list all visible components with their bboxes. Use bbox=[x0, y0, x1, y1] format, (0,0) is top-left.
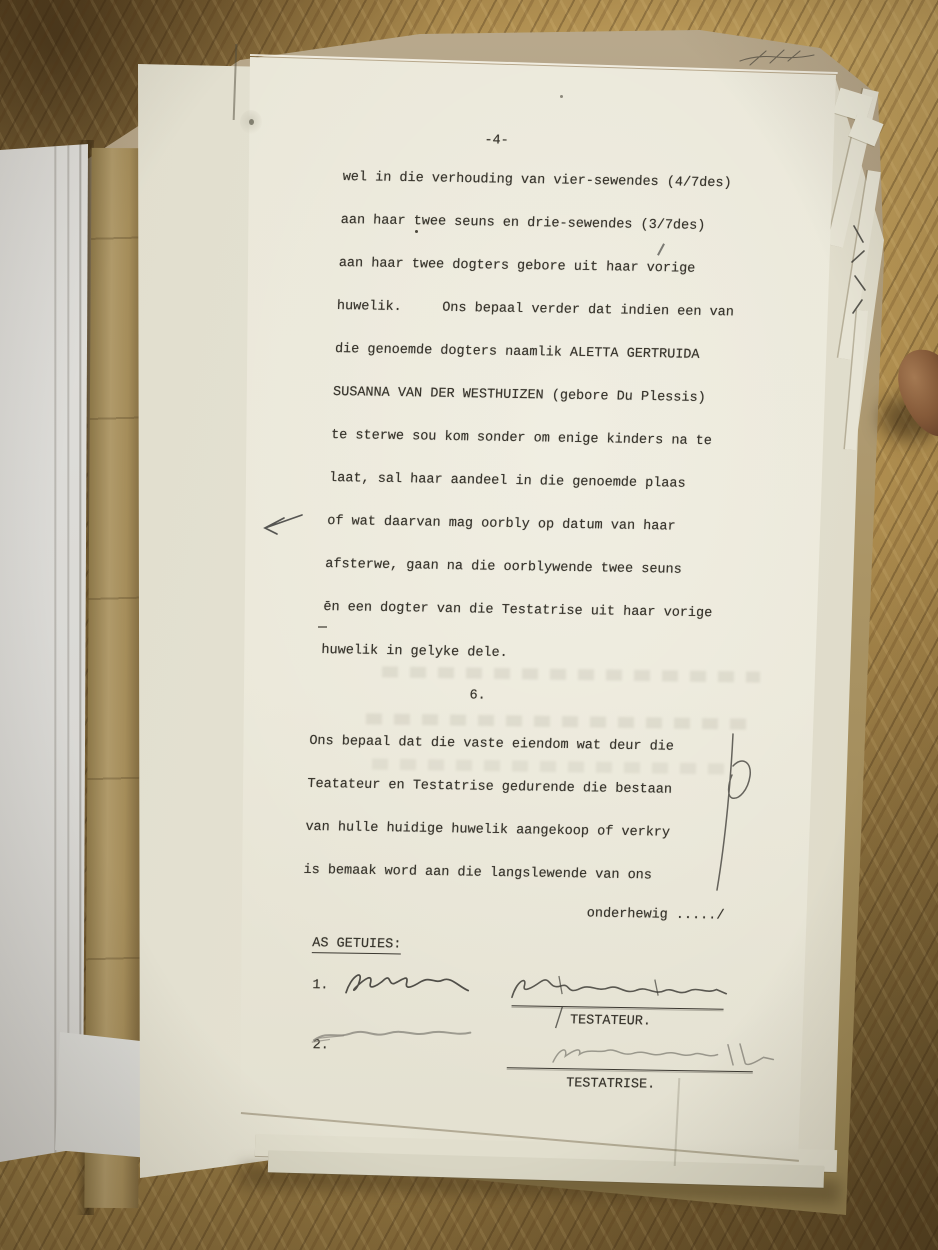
body-line: laat, sal haar aandeel in die genoemde p… bbox=[329, 471, 686, 492]
body-line: aan haar twee seuns en drie-sewendes (3/… bbox=[340, 213, 705, 234]
margin-arrow-mark bbox=[258, 505, 304, 545]
page-number: -4- bbox=[484, 133, 509, 148]
body-line: huwelik in gelyke dele. bbox=[321, 643, 508, 661]
witness-1-signature bbox=[342, 963, 474, 1005]
body-line: of wat daarvan mag oorbly op datum van h… bbox=[327, 514, 676, 535]
witness-2-signature bbox=[309, 1022, 475, 1057]
photo-canvas: -4- wel in die verhouding van vier-sewen… bbox=[0, 0, 938, 1250]
paper-hole-dot bbox=[249, 119, 254, 125]
stray-dash-mark bbox=[318, 626, 327, 628]
testator-label: TESTATEUR. bbox=[570, 1013, 652, 1029]
pencil-scribble bbox=[736, 45, 818, 73]
witness-heading: AS GETUIES: bbox=[312, 936, 402, 954]
body-line: huwelik. Ons bepaal verder dat indien ee… bbox=[337, 299, 735, 320]
paragraph-line: Teatateur en Testatrise gedurende die be… bbox=[307, 777, 672, 798]
edge-check-ticks bbox=[844, 218, 878, 320]
body-line: ēn een dogter van die Testatrise uit haa… bbox=[323, 600, 713, 621]
catchword: onderhewig ...../ bbox=[586, 906, 724, 923]
section-number: 6. bbox=[469, 688, 486, 703]
dust-speck bbox=[560, 95, 563, 98]
paragraph-line: Ons bepaal dat die vaste eiendom wat deu… bbox=[309, 734, 674, 755]
pen-tick bbox=[553, 1004, 566, 1030]
typed-text: -4- wel in die verhouding van vier-sewen… bbox=[300, 126, 825, 1134]
body-line: wel in die verhouding van vier-sewendes … bbox=[342, 170, 732, 191]
body-line: SUSANNA VAN DER WESTHUIZEN (gebore Du Pl… bbox=[333, 385, 706, 406]
body-line: te sterwe sou kom sonder om enige kinder… bbox=[331, 428, 712, 449]
body-line: die genoemde dogters naamlik ALETTA GERT… bbox=[335, 342, 700, 363]
margin-d-mark bbox=[702, 728, 764, 896]
testator-signature bbox=[505, 969, 735, 1011]
body-line: aan haar twee dogters gebore uit haar vo… bbox=[338, 256, 695, 277]
body-line: afsterwe, gaan na die oorblywende twee s… bbox=[325, 557, 682, 578]
witness-number: 1. bbox=[312, 978, 329, 993]
testatrix-label: TESTATRISE. bbox=[566, 1076, 656, 1092]
paragraph-line: van hulle huidige huwelik aangekoop of v… bbox=[305, 820, 670, 841]
paragraph-line: is bemaak word aan die langslewende van … bbox=[303, 863, 652, 884]
